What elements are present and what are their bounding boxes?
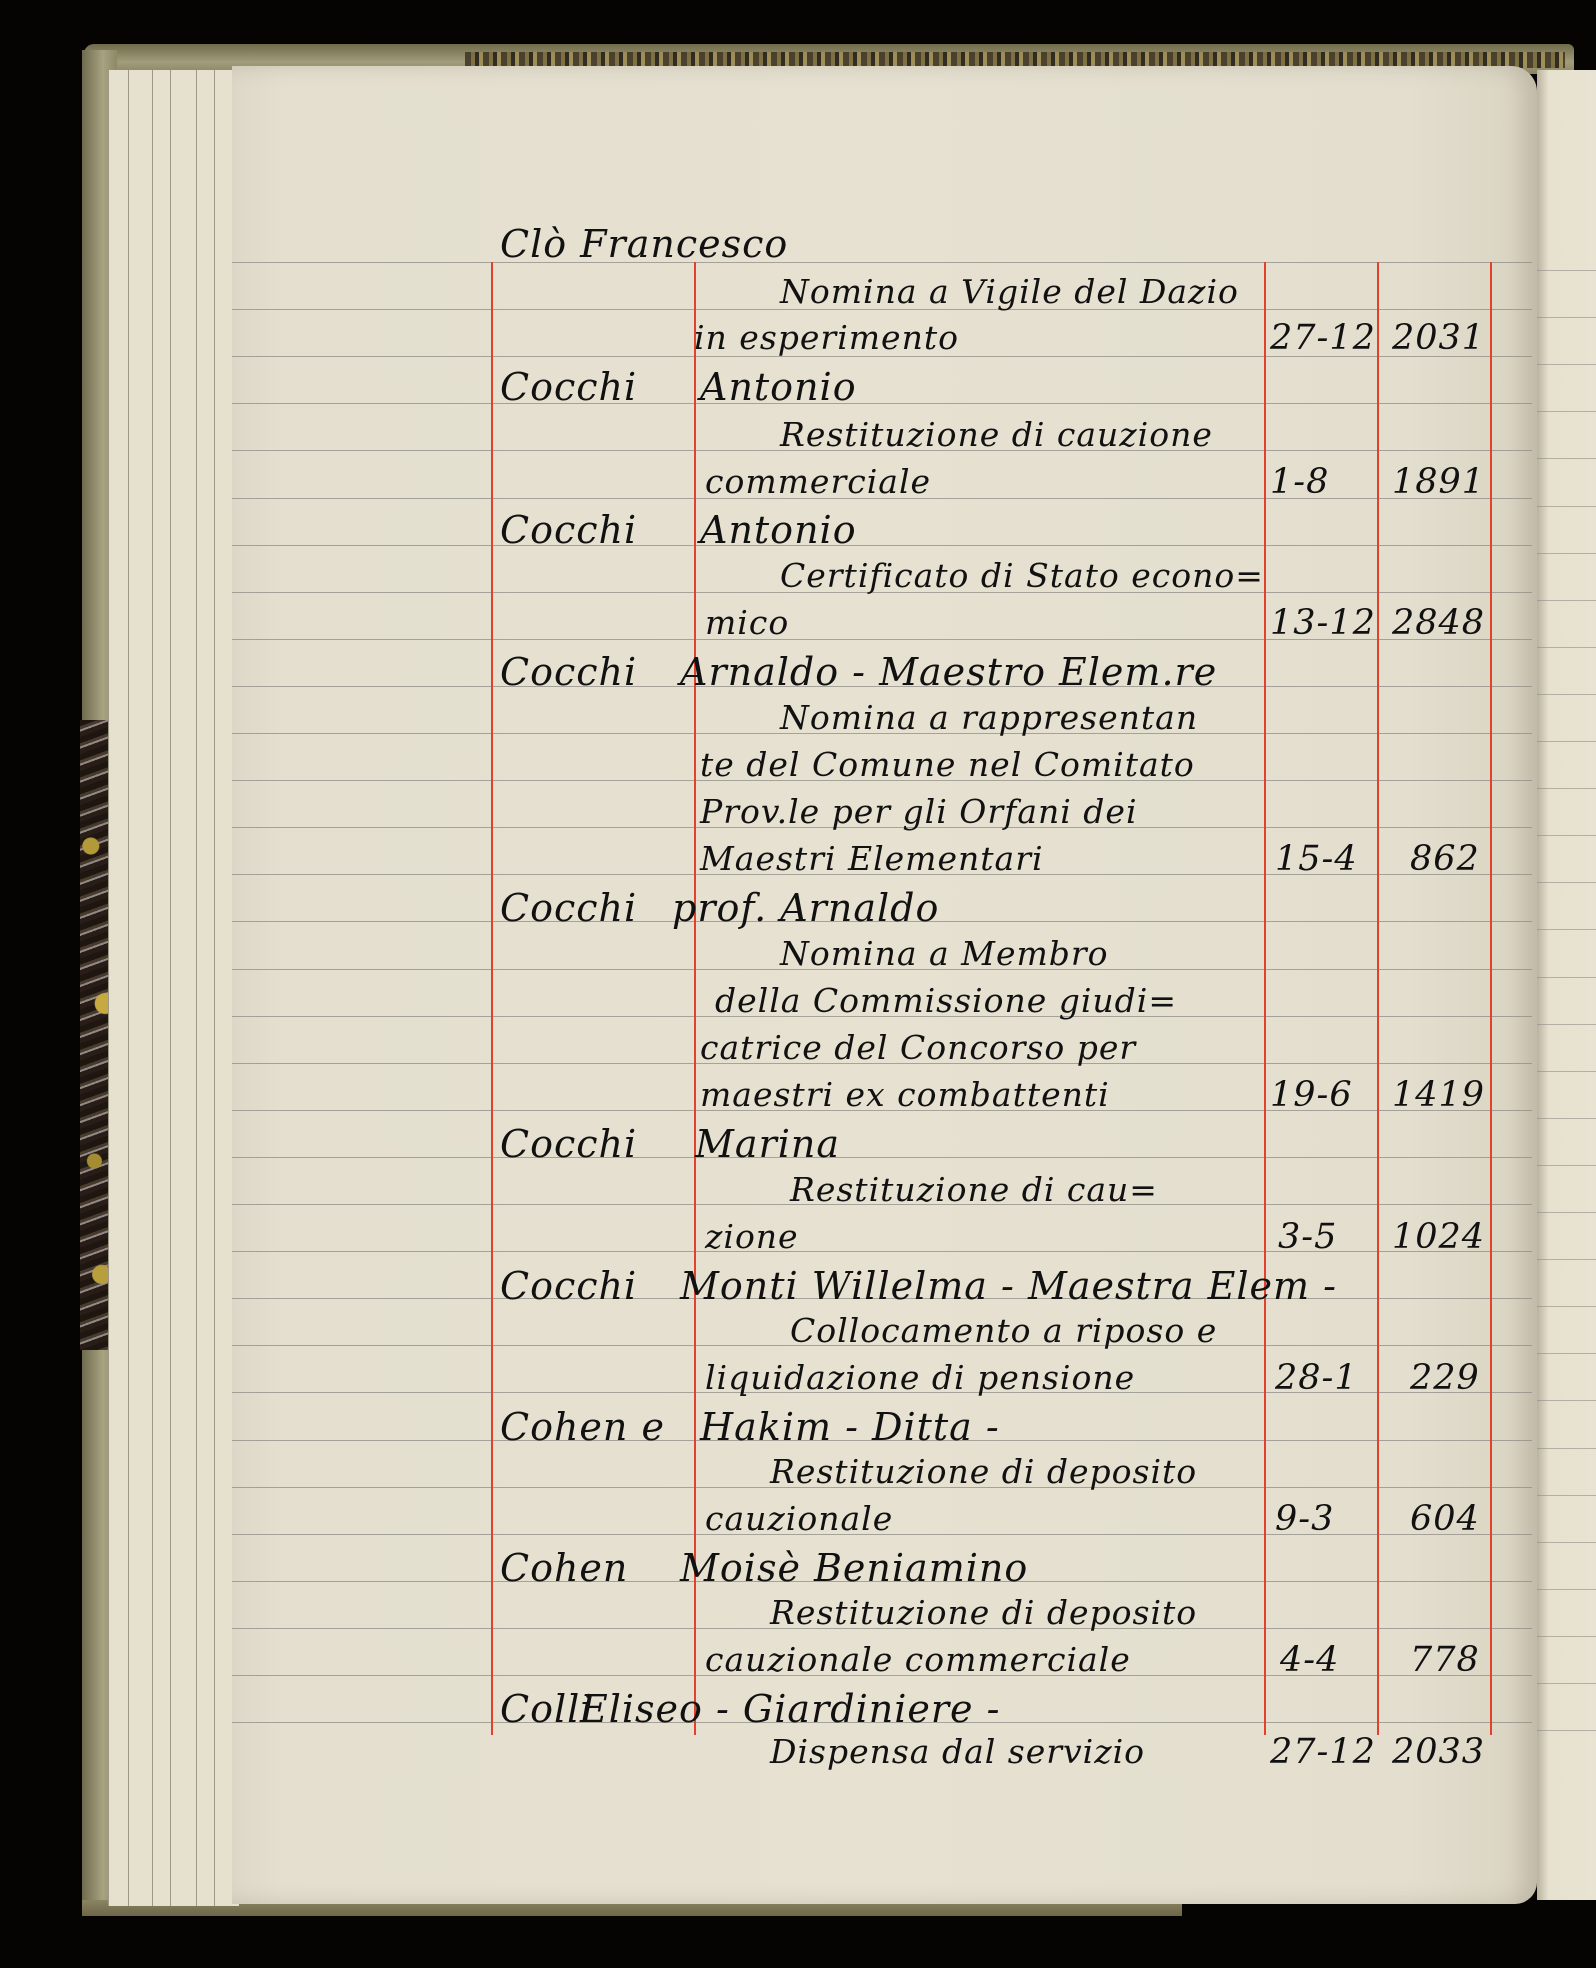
entry-surname: Cocchi	[500, 1122, 637, 1166]
entry-date: 27-12	[1270, 1732, 1376, 1772]
entry-surname: Cocchi	[500, 508, 637, 552]
ruled-line	[232, 403, 1532, 404]
facing-page-ruled-line	[1537, 553, 1596, 554]
facing-page-ruled-line	[1537, 317, 1596, 318]
facing-page-ruled-line	[1537, 458, 1596, 459]
entry-description-line: commerciale	[705, 462, 931, 501]
entry-number: 1891	[1392, 462, 1485, 502]
entry-date: 13-12	[1270, 603, 1376, 643]
facing-page-ruled-line	[1537, 882, 1596, 883]
entry-surname: Cocchi	[500, 650, 637, 694]
entry-date: 27-12	[1270, 318, 1376, 358]
entry-number: 604	[1410, 1499, 1480, 1539]
entry-number: 2848	[1392, 603, 1485, 643]
facing-page-ruled-line	[1537, 1542, 1596, 1543]
entry-surname: Cocchi	[500, 365, 637, 409]
red-rule-date-column	[1264, 262, 1266, 1735]
entry-description-line: Prov.le per gli Orfani dei	[700, 792, 1138, 831]
entry-description-line: Nomina a Vigile del Dazio	[780, 272, 1239, 311]
entry-description-line: catrice del Concorso per	[700, 1028, 1136, 1067]
entry-date: 15-4	[1275, 839, 1358, 879]
entry-header-name: Clò Francesco	[500, 222, 788, 266]
facing-page-ruled-line	[1537, 929, 1596, 930]
facing-page-ruled-line	[1537, 1259, 1596, 1260]
entry-description-line: zione	[705, 1217, 799, 1256]
entry-date: 9-3	[1275, 1499, 1334, 1539]
facing-page-ruled-line	[1537, 1683, 1596, 1684]
entry-description-line: Nomina a Membro	[780, 934, 1109, 973]
entry-surname: Cocchi	[500, 1264, 637, 1308]
entry-description-line: Restituzione di deposito	[770, 1593, 1197, 1632]
facing-page-ruled-line	[1537, 1495, 1596, 1496]
facing-page-ruled-line	[1537, 1165, 1596, 1166]
entry-surname: Cohen	[500, 1546, 628, 1590]
entry-description-line: cauzionale	[705, 1499, 893, 1538]
facing-page-ruled-line	[1537, 1306, 1596, 1307]
facing-page-ruled-line	[1537, 364, 1596, 365]
entry-description-line: Restituzione di deposito	[770, 1452, 1197, 1491]
entry-description-line: cauzionale commerciale	[705, 1640, 1131, 1679]
entry-description-line: Restituzione di cauzione	[780, 415, 1213, 454]
entry-given-name: prof. Arnaldo	[672, 886, 939, 930]
facing-page-ruled-line	[1537, 647, 1596, 648]
entry-description-line: liquidazione di pensione	[705, 1358, 1135, 1397]
facing-page-ruled-line	[1537, 1400, 1596, 1401]
entry-given-name: Moisè Beniamino	[680, 1546, 1028, 1590]
entry-date: 19-6	[1270, 1075, 1353, 1115]
entry-date: 3-5	[1278, 1217, 1337, 1257]
entry-given-name: Arnaldo - Maestro Elem.re	[680, 650, 1217, 694]
facing-page-ruled-line	[1537, 1589, 1596, 1590]
ruled-line	[232, 545, 1532, 546]
facing-page-edge	[1537, 70, 1596, 1900]
red-rule-subject-column	[694, 262, 696, 1735]
facing-page-ruled-line	[1537, 1118, 1596, 1119]
entry-description-line: della Commissione giudi=	[715, 981, 1177, 1020]
entry-number: 1024	[1392, 1217, 1485, 1257]
entry-description-line: Restituzione di cau=	[790, 1170, 1158, 1209]
facing-page-ruled-line	[1537, 506, 1596, 507]
entry-surname: Cocchi	[500, 886, 637, 930]
red-rule-name-column	[491, 262, 493, 1735]
facing-page-ruled-line	[1537, 1448, 1596, 1449]
entry-given-name: Hakim - Ditta -	[700, 1405, 1000, 1449]
entry-description-line: Collocamento a riposo e	[790, 1311, 1217, 1350]
facing-page-ruled-line	[1537, 788, 1596, 789]
entry-number: 2031	[1392, 318, 1485, 358]
entry-given-name: Antonio	[700, 365, 857, 409]
facing-page-ruled-line	[1537, 1024, 1596, 1025]
facing-page-ruled-line	[1537, 835, 1596, 836]
entry-number: 778	[1410, 1640, 1480, 1680]
facing-page-ruled-line	[1537, 977, 1596, 978]
entry-description-line: in esperimento	[694, 318, 959, 357]
facing-page-ruled-line	[1537, 1636, 1596, 1637]
facing-page-ruled-line	[1537, 600, 1596, 601]
entry-date: 4-4	[1280, 1640, 1339, 1680]
facing-page-ruled-line	[1537, 1212, 1596, 1213]
entry-description-line: maestri ex combattenti	[700, 1075, 1110, 1114]
entry-description-line: Dispensa dal servizio	[770, 1732, 1145, 1771]
entry-number: 862	[1410, 839, 1480, 879]
entry-number: 1419	[1392, 1075, 1485, 1115]
entry-date: 28-1	[1275, 1358, 1358, 1398]
entry-given-name: Eliseo - Giardiniere -	[580, 1687, 1000, 1731]
red-rule-right-margin	[1490, 262, 1492, 1735]
entry-given-name: Marina	[695, 1122, 840, 1166]
ruled-line	[232, 1157, 1532, 1158]
entry-number: 2033	[1392, 1732, 1485, 1772]
facing-page-ruled-line	[1537, 1071, 1596, 1072]
facing-page-ruled-line	[1537, 270, 1596, 271]
entry-given-name: Antonio	[700, 508, 857, 552]
entry-number: 229	[1410, 1358, 1480, 1398]
entry-surname: Cohen e	[500, 1405, 665, 1449]
entry-description-line: mico	[705, 603, 789, 642]
entry-description-line: te del Comune nel Comitato	[700, 745, 1195, 784]
ruled-line	[232, 262, 1532, 263]
facing-page-ruled-line	[1537, 1353, 1596, 1354]
entry-description-line: Certificato di Stato econo=	[780, 556, 1264, 595]
facing-page-ruled-line	[1537, 411, 1596, 412]
red-rule-number-column	[1377, 262, 1379, 1735]
facing-page-ruled-line	[1537, 1730, 1596, 1731]
entry-given-name: Monti Willelma - Maestra Elem -	[680, 1264, 1337, 1308]
entry-description-line: Nomina a rappresentan	[780, 698, 1198, 737]
facing-page-ruled-line	[1537, 741, 1596, 742]
entry-date: 1-8	[1270, 462, 1329, 502]
facing-page-ruled-line	[1537, 694, 1596, 695]
entry-description-line: Maestri Elementari	[700, 839, 1044, 878]
